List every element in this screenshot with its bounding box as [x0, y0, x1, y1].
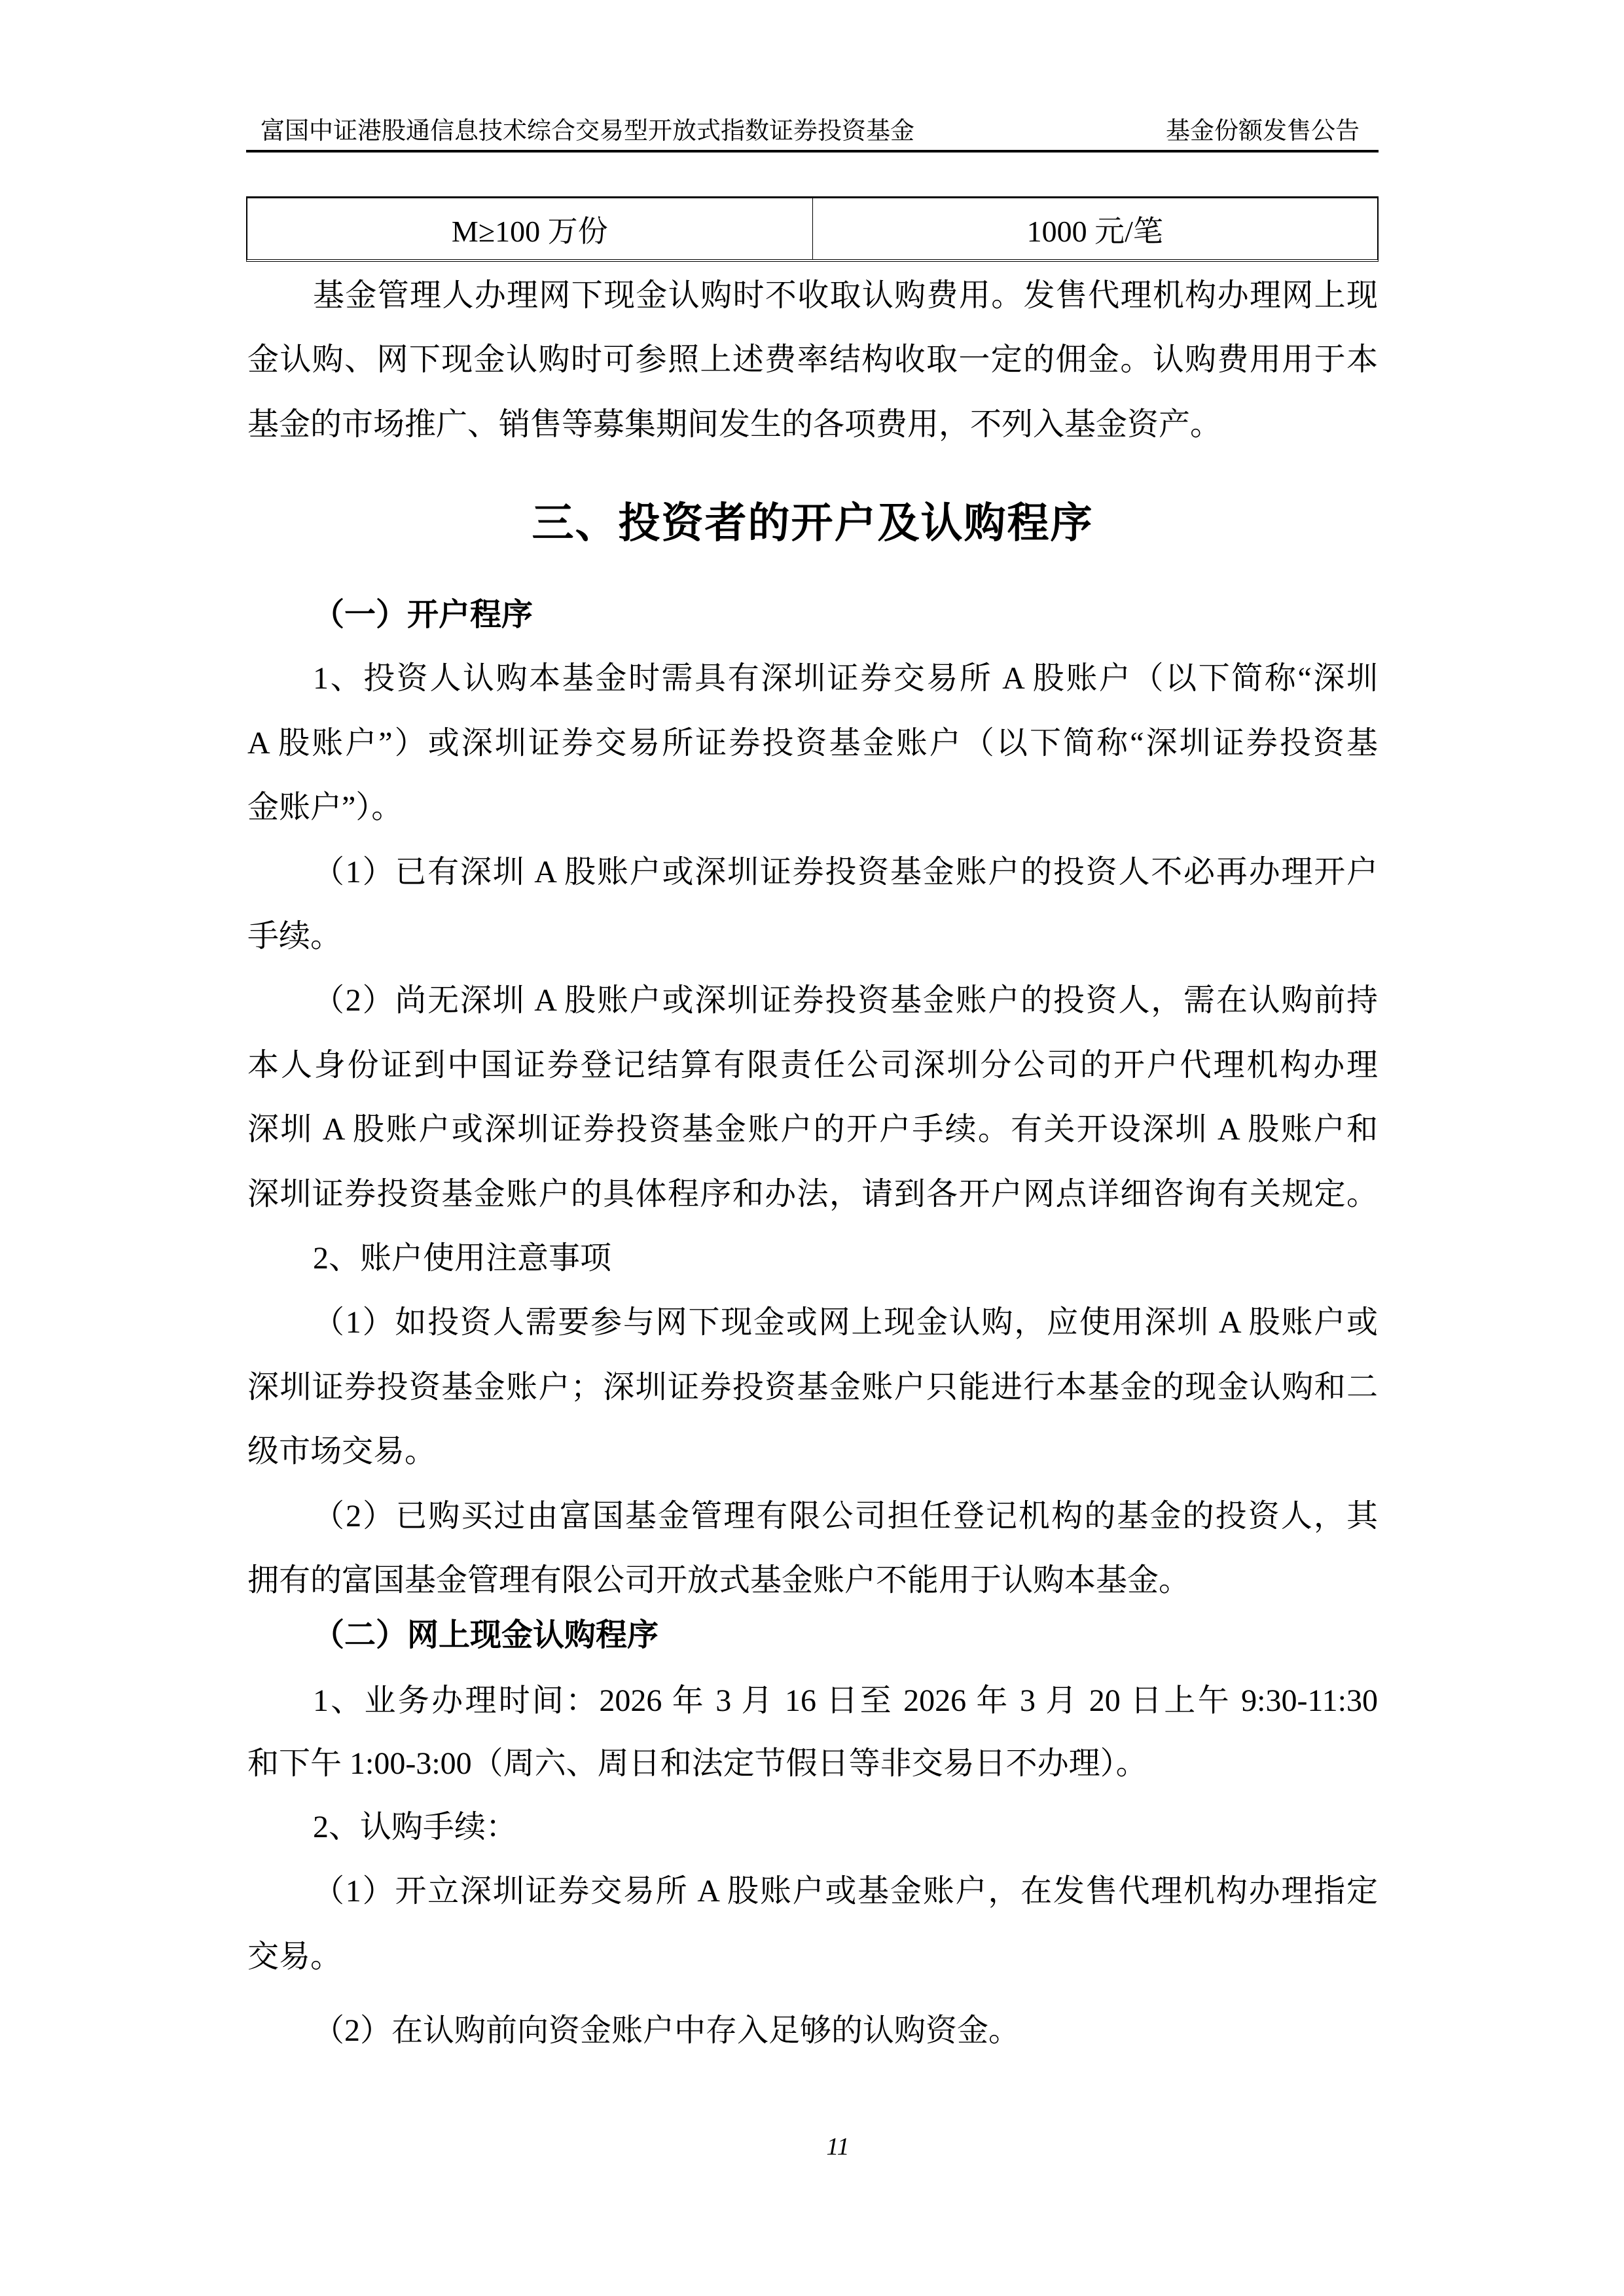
- fee-table-cell-range: M≥100 万份: [247, 198, 812, 259]
- paragraph-line: 基金管理人办理网下现金认购时不收取认购费用。发售代理机构办理网上现: [313, 276, 1378, 315]
- subsection-heading: （一）开户程序: [313, 595, 1378, 634]
- paragraph-line: （1）开立深圳证券交易所 A 股账户或基金账户，在发售代理机构办理指定: [313, 1872, 1378, 1911]
- paragraph-line: 深圳证券投资基金账户的具体程序和办法，请到各开户网点详细咨询有关规定。: [247, 1175, 1378, 1214]
- paragraph-line: 基金的市场推广、销售等募集期间发生的各项费用，不列入基金资产。: [247, 405, 1378, 444]
- document-page: 富国中证港股通信息技术综合交易型开放式指数证券投资基金 基金份额发售公告 M≥1…: [0, 0, 1624, 2296]
- paragraph-line: 手续。: [247, 917, 1378, 956]
- fee-table-cell-fee: 1000 元/笔: [812, 198, 1378, 259]
- paragraph-line: 拥有的富国基金管理有限公司开放式基金账户不能用于认购本基金。: [247, 1561, 1378, 1600]
- paragraph-line: 1、业务办理时间：2026 年 3 月 16 日至 2026 年 3 月 20 …: [313, 1681, 1378, 1721]
- header-rule: [246, 150, 1379, 152]
- paragraph-line: 1、投资人认购本基金时需具有深圳证券交易所 A 股账户（以下简称“深圳: [313, 659, 1378, 698]
- list-heading: 2、认购手续：: [313, 1808, 1378, 1847]
- paragraph-line: （2）尚无深圳 A 股账户或深圳证券投资基金账户的投资人，需在认购前持: [313, 981, 1378, 1020]
- paragraph-line: 深圳证券投资基金账户；深圳证券投资基金账户只能进行本基金的现金认购和二: [247, 1368, 1378, 1407]
- paragraph-line: 本人身份证到中国证券登记结算有限责任公司深圳分公司的开户代理机构办理: [247, 1046, 1378, 1085]
- paragraph-line: 和下午 1:00-3:00（周六、周日和法定节假日等非交易日不办理）。: [247, 1744, 1378, 1784]
- paragraph-line: （2）在认购前向资金账户中存入足够的认购资金。: [313, 2011, 1378, 2051]
- header-doc-type: 基金份额发售公告: [1166, 117, 1360, 147]
- paragraph-line: 交易。: [247, 1937, 1378, 1977]
- paragraph-line: A 股账户”）或深圳证券交易所证券投资基金账户（以下简称“深圳证券投资基: [247, 724, 1378, 763]
- section-title: 三、投资者的开户及认购程序: [247, 497, 1378, 550]
- page-number: 11: [812, 2132, 864, 2161]
- paragraph-line: 深圳 A 股账户或深圳证券投资基金账户的开户手续。有关开设深圳 A 股账户和: [247, 1110, 1378, 1149]
- paragraph-line: 级市场交易。: [247, 1432, 1378, 1471]
- list-heading: 2、账户使用注意事项: [313, 1239, 1378, 1278]
- header-fund-name: 富国中证港股通信息技术综合交易型开放式指数证券投资基金: [261, 117, 914, 147]
- paragraph-line: （1）已有深圳 A 股账户或深圳证券投资基金账户的投资人不必再办理开户: [313, 853, 1378, 892]
- paragraph-line: （2）已购买过由富国基金管理有限公司担任登记机构的基金的投资人，其: [313, 1497, 1378, 1536]
- subsection-heading: （二）网上现金认购程序: [313, 1615, 1378, 1655]
- paragraph-line: （1）如投资人需要参与网下现金或网上现金认购，应使用深圳 A 股账户或: [313, 1303, 1378, 1342]
- fee-table: M≥100 万份 1000 元/笔: [246, 196, 1379, 262]
- paragraph-line: 金账户”）。: [247, 788, 1378, 827]
- paragraph-line: 金认购、网下现金认购时可参照上述费率结构收取一定的佣金。认购费用用于本: [247, 340, 1378, 380]
